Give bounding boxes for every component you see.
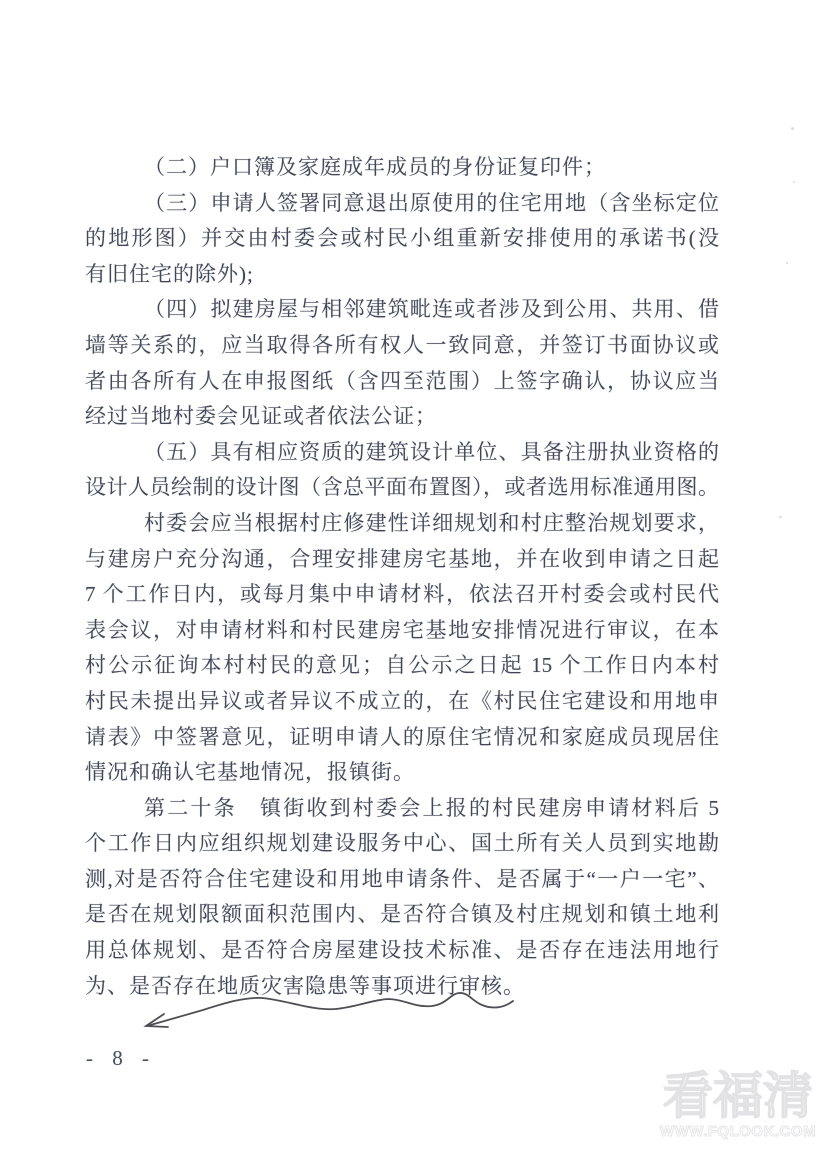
doc-line: 测,对是否符合住宅建设和用地申请条件、是否属于“一户一宅”、 <box>85 862 719 898</box>
document-body: （二）户口簿及家庭成年成员的身份证复印件； （三）申请人签署同意退出原使用的住宅… <box>85 150 719 1004</box>
doc-line: 有旧住宅的除外); <box>85 257 719 293</box>
doc-line: 村民未提出异议或者异议不成立的，在《村民住宅建设和用地申 <box>85 684 719 720</box>
doc-line: 请表》中签署意见，证明申请人的原住宅情况和家庭成员现居住 <box>85 720 719 756</box>
scan-speck <box>786 262 788 264</box>
watermark: 看福清 WWW.FQLOOK.COM <box>658 1068 818 1140</box>
scan-speck <box>779 516 782 518</box>
doc-line: 的地形图）并交由村委会或村民小组重新安排使用的承诺书(没 <box>85 221 719 257</box>
scan-speck <box>793 181 795 183</box>
doc-line: 个工作日内应组织规划建设服务中心、国土所有关人员到实地勘 <box>85 826 719 862</box>
doc-line: 者由各所有人在申报图纸（含四至范围）上签字确认，协议应当 <box>85 364 719 400</box>
doc-line: 表会议，对申请材料和村民建房宅基地安排情况进行审议，在本 <box>85 613 719 649</box>
doc-line: 第二十条 镇街收到村委会上报的村民建房申请材料后 5 <box>85 791 719 827</box>
doc-line: （四）拟建房屋与相邻建筑毗连或者涉及到公用、共用、借 <box>85 292 719 328</box>
scan-speck <box>791 127 794 130</box>
doc-line: （二）户口簿及家庭成年成员的身份证复印件； <box>85 150 719 186</box>
doc-line: 是否在规划限额面积范围内、是否符合镇及村庄规划和镇土地利 <box>85 897 719 933</box>
doc-line: 为、是否存在地质灾害隐患等事项进行审核。 <box>85 969 719 1005</box>
doc-line: 与建房户充分沟通，合理安排建房宅基地，并在收到申请之日起 <box>85 542 719 578</box>
doc-line: （三）申请人签署同意退出原使用的住宅用地（含坐标定位 <box>85 186 719 222</box>
doc-line: （五）具有相应资质的建筑设计单位、具备注册执业资格的 <box>85 435 719 471</box>
watermark-brand-text: 看福清 <box>658 1068 818 1124</box>
watermark-url-text: WWW.FQLOOK.COM <box>658 1124 818 1140</box>
doc-line: 村委会应当根据村庄修建性详细规划和村庄整治规划要求， <box>85 506 719 542</box>
doc-line: 7 个工作日内，或每月集中申请材料，依法召开村委会或村民代 <box>85 577 719 613</box>
doc-line: 情况和确认宅基地情况，报镇街。 <box>85 755 719 791</box>
doc-line: 经过当地村委会见证或者依法公证； <box>85 399 719 435</box>
document-page: （二）户口簿及家庭成年成员的身份证复印件； （三）申请人签署同意退出原使用的住宅… <box>0 0 826 1168</box>
page-number: - 8 - <box>86 1046 156 1071</box>
doc-line: 设计人员绘制的设计图（含总平面布置图），或者选用标准通用图。 <box>85 470 719 506</box>
doc-line: 村公示征询本村村民的意见；自公示之日起 15 个工作日内本村 <box>85 648 719 684</box>
doc-line: 墙等关系的，应当取得各所有权人一致同意，并签订书面协议或 <box>85 328 719 364</box>
doc-line: 用总体规划、是否符合房屋建设技术标准、是否存在违法用地行 <box>85 933 719 969</box>
